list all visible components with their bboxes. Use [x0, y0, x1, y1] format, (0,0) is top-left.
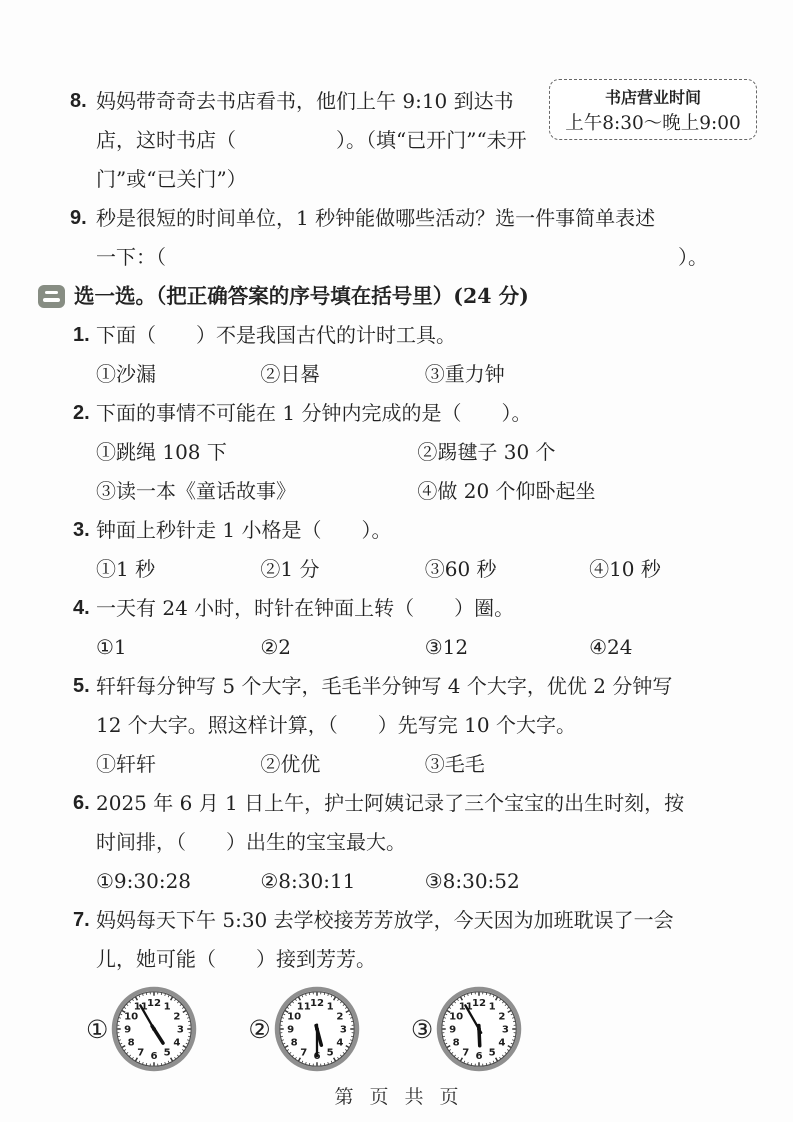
question-5: 5. 轩轩每分钟写 5 个大字，毛毛半分钟写 4 个大字，优优 2 分钟写 12… — [0, 667, 793, 784]
clock-label: ② — [248, 1015, 270, 1044]
section-two-header: 选一选。（把正确答案的序号填在括号里）(24 分) — [0, 277, 793, 316]
svg-text:6: 6 — [151, 1051, 158, 1062]
question-4: 4. 一天有 24 小时，时针在钟面上转（ ）圈。 ①1 ②2 ③12 ④24 — [0, 589, 793, 667]
options-row: ①跳绳 108 下 ②踢毽子 30 个 — [96, 433, 793, 472]
option-item: ④做 20 个仰卧起坐 — [417, 472, 595, 511]
svg-text:4: 4 — [336, 1038, 343, 1049]
svg-text:11: 11 — [297, 1002, 311, 1013]
option-item: ①沙漏 — [96, 355, 254, 394]
svg-text:8: 8 — [290, 1038, 297, 1049]
svg-text:10: 10 — [125, 1011, 139, 1022]
svg-text:12: 12 — [147, 998, 161, 1009]
svg-text:3: 3 — [340, 1025, 347, 1036]
option-item: ①9:30:28 — [96, 862, 254, 901]
page-footer: 第 页 共 页 — [0, 1082, 793, 1109]
option-item: ②日晷 — [260, 355, 418, 394]
option-item: ②8:30:11 — [260, 862, 418, 901]
svg-text:1: 1 — [489, 1002, 496, 1013]
svg-text:2: 2 — [499, 1011, 506, 1022]
option-item: ①1 — [96, 628, 254, 667]
clock-label: ① — [86, 1015, 108, 1044]
question-number: 5. — [73, 667, 90, 706]
question-number: 3. — [73, 511, 90, 550]
bookstore-hours-title: 书店营业时间 — [550, 85, 756, 110]
svg-text:12: 12 — [310, 998, 324, 1009]
svg-text:7: 7 — [300, 1047, 307, 1058]
question-6: 6. 2025 年 6 月 1 日上午，护士阿姨记录了三个宝宝的出生时刻，按 时… — [0, 784, 793, 901]
question-text-line: 门”或“已关门”） — [96, 160, 793, 199]
svg-text:5: 5 — [489, 1047, 496, 1058]
options-row: ①1 ②2 ③12 ④24 — [96, 628, 793, 667]
option-item: ③12 — [425, 628, 583, 667]
bookstore-hours-box: 书店营业时间 上午8:30～晚上9:00 — [549, 79, 757, 140]
option-item: ②1 分 — [260, 550, 418, 589]
clock-option-3: ③ 123456789101112 — [411, 985, 523, 1073]
question-8: 8. 书店营业时间 上午8:30～晚上9:00 妈妈带奇奇去书店看书，他们上午 … — [0, 82, 793, 199]
question-text-line: 秒是很短的时间单位，1 秒钟能做哪些活动？选一件事简单表述 — [96, 199, 793, 238]
svg-text:9: 9 — [449, 1025, 456, 1036]
question-text-line: 时间排，（ ）出生的宝宝最大。 — [96, 823, 793, 862]
svg-text:12: 12 — [472, 998, 486, 1009]
question-number: 9. — [70, 199, 87, 238]
svg-text:7: 7 — [463, 1047, 470, 1058]
svg-text:4: 4 — [174, 1038, 181, 1049]
option-item: ①轩轩 — [96, 745, 254, 784]
question-9: 9. 秒是很短的时间单位，1 秒钟能做哪些活动？选一件事简单表述 一下：（ ）。 — [0, 199, 793, 277]
svg-text:8: 8 — [453, 1038, 460, 1049]
blank-open: 一下：（ — [96, 238, 166, 277]
section-two-icon — [38, 285, 65, 308]
option-item: ④10 秒 — [589, 550, 661, 589]
question-2: 2. 下面的事情不可能在 1 分钟内完成的是（ ）。 ①跳绳 108 下 ②踢毽… — [0, 394, 793, 511]
svg-text:4: 4 — [499, 1038, 506, 1049]
option-item: ③重力钟 — [425, 355, 505, 394]
svg-text:5: 5 — [327, 1047, 334, 1058]
option-item: ③读一本《童话故事》 — [96, 472, 411, 511]
svg-text:2: 2 — [174, 1011, 181, 1022]
option-item: ③8:30:52 — [425, 862, 520, 901]
question-number: 7. — [73, 901, 90, 940]
question-text-line: 12 个大字。照这样计算，（ ）先写完 10 个大字。 — [96, 706, 793, 745]
question-1: 1. 下面（ ）不是我国古代的计时工具。 ①沙漏 ②日晷 ③重力钟 — [0, 316, 793, 394]
question-number: 8. — [70, 82, 87, 121]
option-item: ②优优 — [260, 745, 418, 784]
clock-option-2: ② 123456789101112 — [248, 985, 360, 1073]
question-number: 6. — [73, 784, 90, 823]
clock-options-row: ① 123456789101112 ② 123456789101112 ③ 12… — [0, 981, 793, 1077]
question-text-line: 下面（ ）不是我国古代的计时工具。 — [96, 316, 793, 355]
svg-text:3: 3 — [177, 1025, 184, 1036]
svg-text:2: 2 — [336, 1011, 343, 1022]
question-text-line: 2025 年 6 月 1 日上午，护士阿姨记录了三个宝宝的出生时刻，按 — [96, 784, 793, 823]
svg-text:10: 10 — [449, 1011, 463, 1022]
question-number: 4. — [73, 589, 90, 628]
bookstore-hours-value: 上午8:30～晚上9:00 — [550, 110, 756, 137]
options-row: ①1 秒 ②1 分 ③60 秒 ④10 秒 — [96, 550, 793, 589]
option-item: ②踢毽子 30 个 — [417, 433, 555, 472]
svg-text:1: 1 — [164, 1002, 171, 1013]
question-text-line: 下面的事情不可能在 1 分钟内完成的是（ ）。 — [96, 394, 793, 433]
worksheet-page: 8. 书店营业时间 上午8:30～晚上9:00 妈妈带奇奇去书店看书，他们上午 … — [0, 0, 793, 1077]
option-item: ②2 — [260, 628, 418, 667]
svg-text:9: 9 — [124, 1025, 131, 1036]
question-text-line: 轩轩每分钟写 5 个大字，毛毛半分钟写 4 个大字，优优 2 分钟写 — [96, 667, 793, 706]
blank-close: ）。 — [678, 238, 708, 277]
question-text-line: 儿，她可能（ ）接到芳芳。 — [96, 940, 793, 979]
svg-text:9: 9 — [287, 1025, 294, 1036]
question-text-line: 一天有 24 小时，时针在钟面上转（ ）圈。 — [96, 589, 793, 628]
svg-text:3: 3 — [502, 1025, 509, 1036]
clock-face-icon: 123456789101112 — [435, 985, 523, 1073]
options-row: ①沙漏 ②日晷 ③重力钟 — [96, 355, 793, 394]
options-row: ③读一本《童话故事》 ④做 20 个仰卧起坐 — [96, 472, 793, 511]
question-text-line: 妈妈每天下午 5:30 去学校接芳芳放学，今天因为加班耽误了一会 — [96, 901, 793, 940]
clock-label: ③ — [411, 1015, 433, 1044]
question-number: 1. — [73, 316, 90, 355]
option-item: ③毛毛 — [425, 745, 485, 784]
question-number: 2. — [73, 394, 90, 433]
svg-text:7: 7 — [138, 1047, 145, 1058]
question-text-line: 钟面上秒针走 1 小格是（ ）。 — [96, 511, 793, 550]
clock-face-icon: 123456789101112 — [273, 985, 361, 1073]
option-item: ①跳绳 108 下 — [96, 433, 411, 472]
options-row: ①轩轩 ②优优 ③毛毛 — [96, 745, 793, 784]
options-row: ①9:30:28 ②8:30:11 ③8:30:52 — [96, 862, 793, 901]
clock-option-1: ① 123456789101112 — [86, 985, 198, 1073]
svg-text:6: 6 — [476, 1051, 483, 1062]
svg-text:10: 10 — [287, 1011, 301, 1022]
question-7: 7. 妈妈每天下午 5:30 去学校接芳芳放学，今天因为加班耽误了一会 儿，她可… — [0, 901, 793, 979]
svg-text:8: 8 — [128, 1038, 135, 1049]
option-item: ①1 秒 — [96, 550, 254, 589]
section-title: 选一选。（把正确答案的序号填在括号里）(24 分) — [74, 284, 529, 308]
question-text-line: 一下：（ ）。 — [96, 238, 708, 277]
clock-face-icon: 123456789101112 — [110, 985, 198, 1073]
option-item: ③60 秒 — [425, 550, 583, 589]
svg-text:5: 5 — [164, 1047, 171, 1058]
svg-text:1: 1 — [327, 1002, 334, 1013]
option-item: ④24 — [589, 628, 632, 667]
question-3: 3. 钟面上秒针走 1 小格是（ ）。 ①1 秒 ②1 分 ③60 秒 ④10 … — [0, 511, 793, 589]
